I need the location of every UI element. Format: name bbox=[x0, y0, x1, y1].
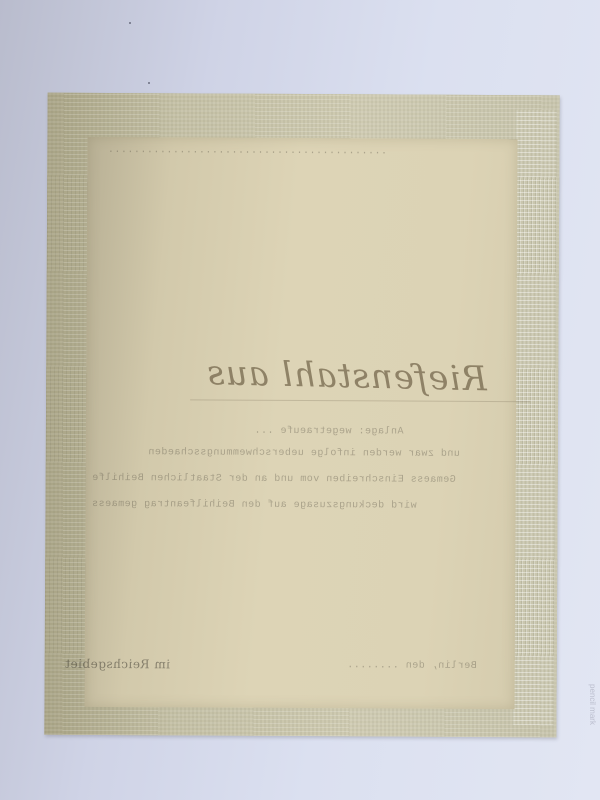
dust-speck bbox=[148, 82, 150, 84]
body-line-3: Gemaess Einschreiben vom und an der Staa… bbox=[92, 473, 456, 486]
body-line-1: Anlage: wegetraeufe ... bbox=[254, 426, 404, 438]
mount-mesh-strip bbox=[513, 110, 556, 725]
pencil-mark: pencil mark bbox=[588, 684, 597, 725]
signature-rule bbox=[190, 399, 530, 402]
footer-left-text: im Reichsgebiet bbox=[65, 657, 170, 672]
dust-speck bbox=[129, 22, 131, 24]
body-line-2: und zwar werden infolge ueberschwemmungs… bbox=[148, 447, 460, 460]
signature: Riefenstahl aus bbox=[206, 353, 488, 399]
document-paper: ........................................… bbox=[85, 137, 518, 709]
header-line: ........................................… bbox=[107, 145, 387, 157]
body-line-4: wird deckungszusage auf den Beihilfeantr… bbox=[92, 499, 417, 512]
footer-right-text: Berlin, den ........ bbox=[347, 660, 477, 672]
